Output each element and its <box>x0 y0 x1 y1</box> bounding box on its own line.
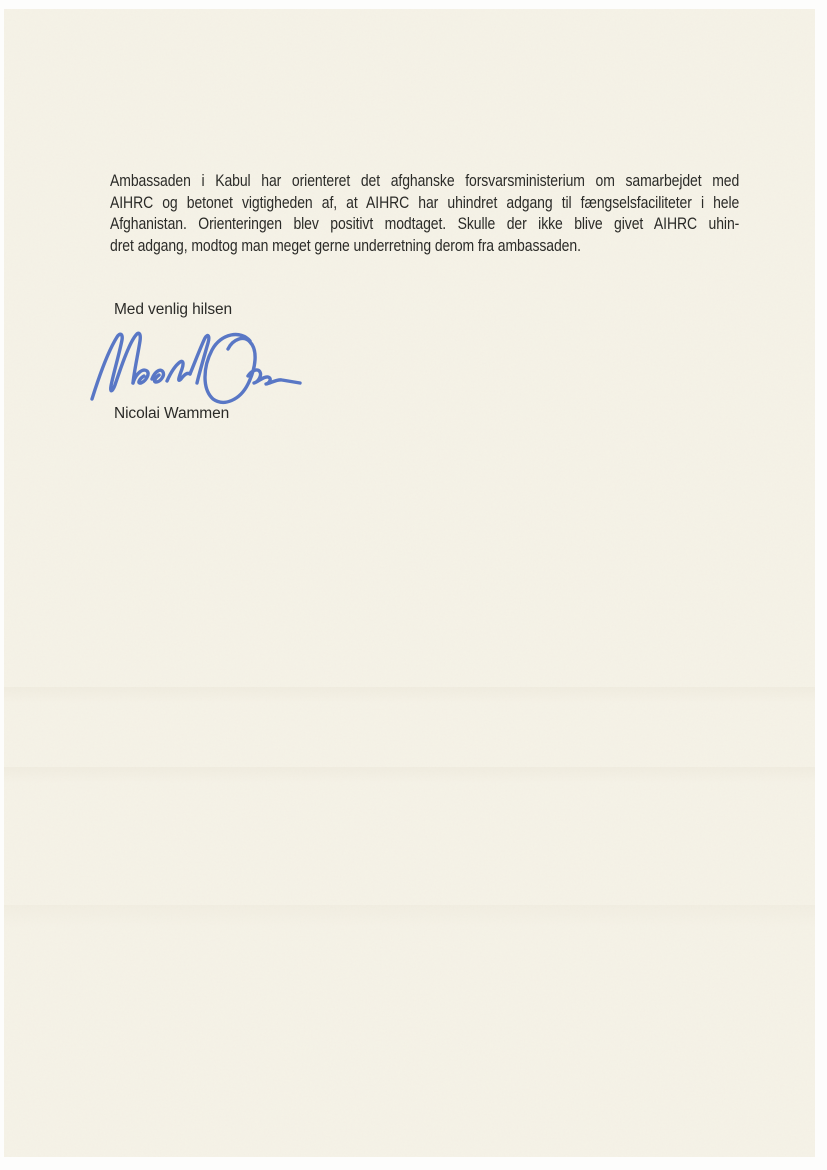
letter-body-paragraph: Ambassaden i Kabul har orienteret det af… <box>110 171 739 257</box>
body-line: AIHRC og betonet vigtigheden af, at AIHR… <box>110 193 739 215</box>
paper-sheet: Ambassaden i Kabul har orienteret det af… <box>4 9 815 1157</box>
signer-name: Nicolai Wammen <box>114 405 229 423</box>
scan-artifact-band <box>4 905 815 927</box>
scan-artifact-band <box>4 687 815 703</box>
body-line: Afghanistan. Orienteringen blev positivt… <box>110 214 739 236</box>
scanned-letter-page: Ambassaden i Kabul har orienteret det af… <box>0 0 827 1170</box>
body-line: dret adgang, modtog man meget gerne unde… <box>110 236 739 258</box>
scan-artifact-band <box>4 767 815 783</box>
handwritten-signature-icon <box>88 326 302 408</box>
body-line: Ambassaden i Kabul har orienteret det af… <box>110 171 739 193</box>
closing-salutation: Med venlig hilsen <box>114 301 232 319</box>
